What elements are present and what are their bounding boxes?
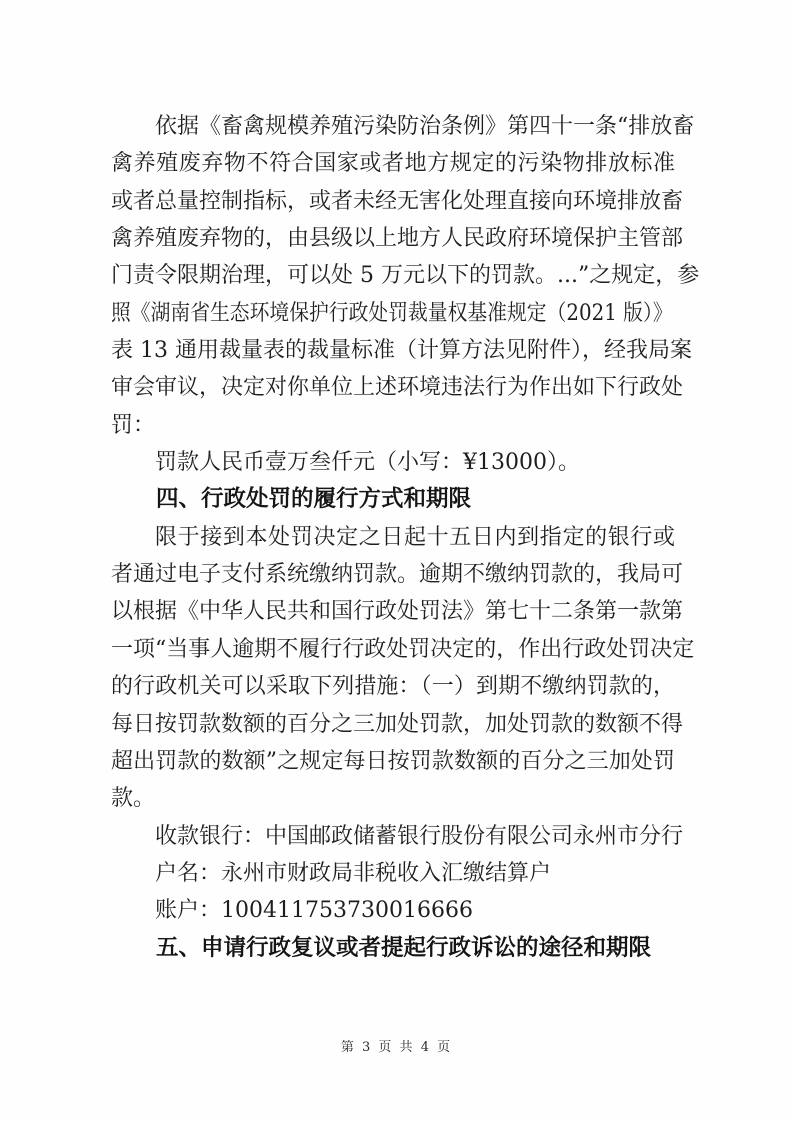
receiving-bank-line: 收款银行：中国邮政储蓄银行股份有限公司永州市分行 — [111, 818, 675, 855]
body-line: 禽养殖废弃物不符合国家或者地方规定的污染物排放标准 — [111, 145, 675, 182]
body-line: 限于接到本处罚决定之日起十五日内到指定的银行或 — [111, 519, 675, 556]
page-footer: 第 3 页 共 4 页 — [0, 1036, 793, 1055]
body-line: 禽养殖废弃物的，由县级以上地方人民政府环境保护主管部 — [111, 220, 675, 257]
account-number-line: 账户：100411753730016666 — [111, 892, 675, 929]
body-line: 罚： — [111, 407, 675, 444]
section-heading-4: 四、行政处罚的履行方式和期限 — [111, 481, 675, 518]
body-line: 超出罚款的数额”之规定每日按罚款数额的百分之三加处罚 — [111, 743, 675, 780]
body-line: 者通过电子支付系统缴纳罚款。逾期不缴纳罚款的，我局可 — [111, 556, 675, 593]
body-line: 门责令限期治理，可以处 5 万元以下的罚款。...”之规定，参 — [111, 257, 675, 294]
body-line: 表 13 通用裁量表的裁量标准（计算方法见附件），经我局案 — [111, 332, 675, 369]
section-heading-5: 五、申请行政复议或者提起行政诉讼的途径和期限 — [111, 930, 675, 967]
body-line: 的行政机关可以采取下列措施：（一）到期不缴纳罚款的， — [111, 668, 675, 705]
body-line: 依据《畜禽规模养殖污染防治条例》第四十一条“排放畜 — [111, 108, 675, 145]
body-line: 款。 — [111, 780, 675, 817]
body-line: 一项“当事人逾期不履行行政处罚决定的，作出行政处罚决定 — [111, 631, 675, 668]
body-line: 照《湖南省生态环境保护行政处罚裁量权基准规定（2021 版）》 — [111, 295, 619, 332]
body-line: 以根据《中华人民共和国行政处罚法》第七十二条第一款第 — [111, 593, 675, 630]
body-line: 或者总量控制指标，或者未经无害化处理直接向环境排放畜 — [111, 183, 675, 220]
body-line: 审会审议，决定对你单位上述环境违法行为作出如下行政处 — [111, 369, 675, 406]
account-name-line: 户名：永州市财政局非税收入汇缴结算户 — [111, 855, 675, 892]
page-number-label: 第 3 页 共 4 页 — [341, 1040, 452, 1055]
fine-amount-line: 罚款人民币壹万叁仟元（小写：¥13000）。 — [111, 444, 675, 481]
body-line: 每日按罚款数额的百分之三加处罚款，加处罚款的数额不得 — [111, 706, 675, 743]
document-body: 依据《畜禽规模养殖污染防治条例》第四十一条“排放畜禽养殖废弃物不符合国家或者地方… — [111, 0, 675, 967]
document-page: 依据《畜禽规模养殖污染防治条例》第四十一条“排放畜禽养殖废弃物不符合国家或者地方… — [0, 0, 793, 1121]
